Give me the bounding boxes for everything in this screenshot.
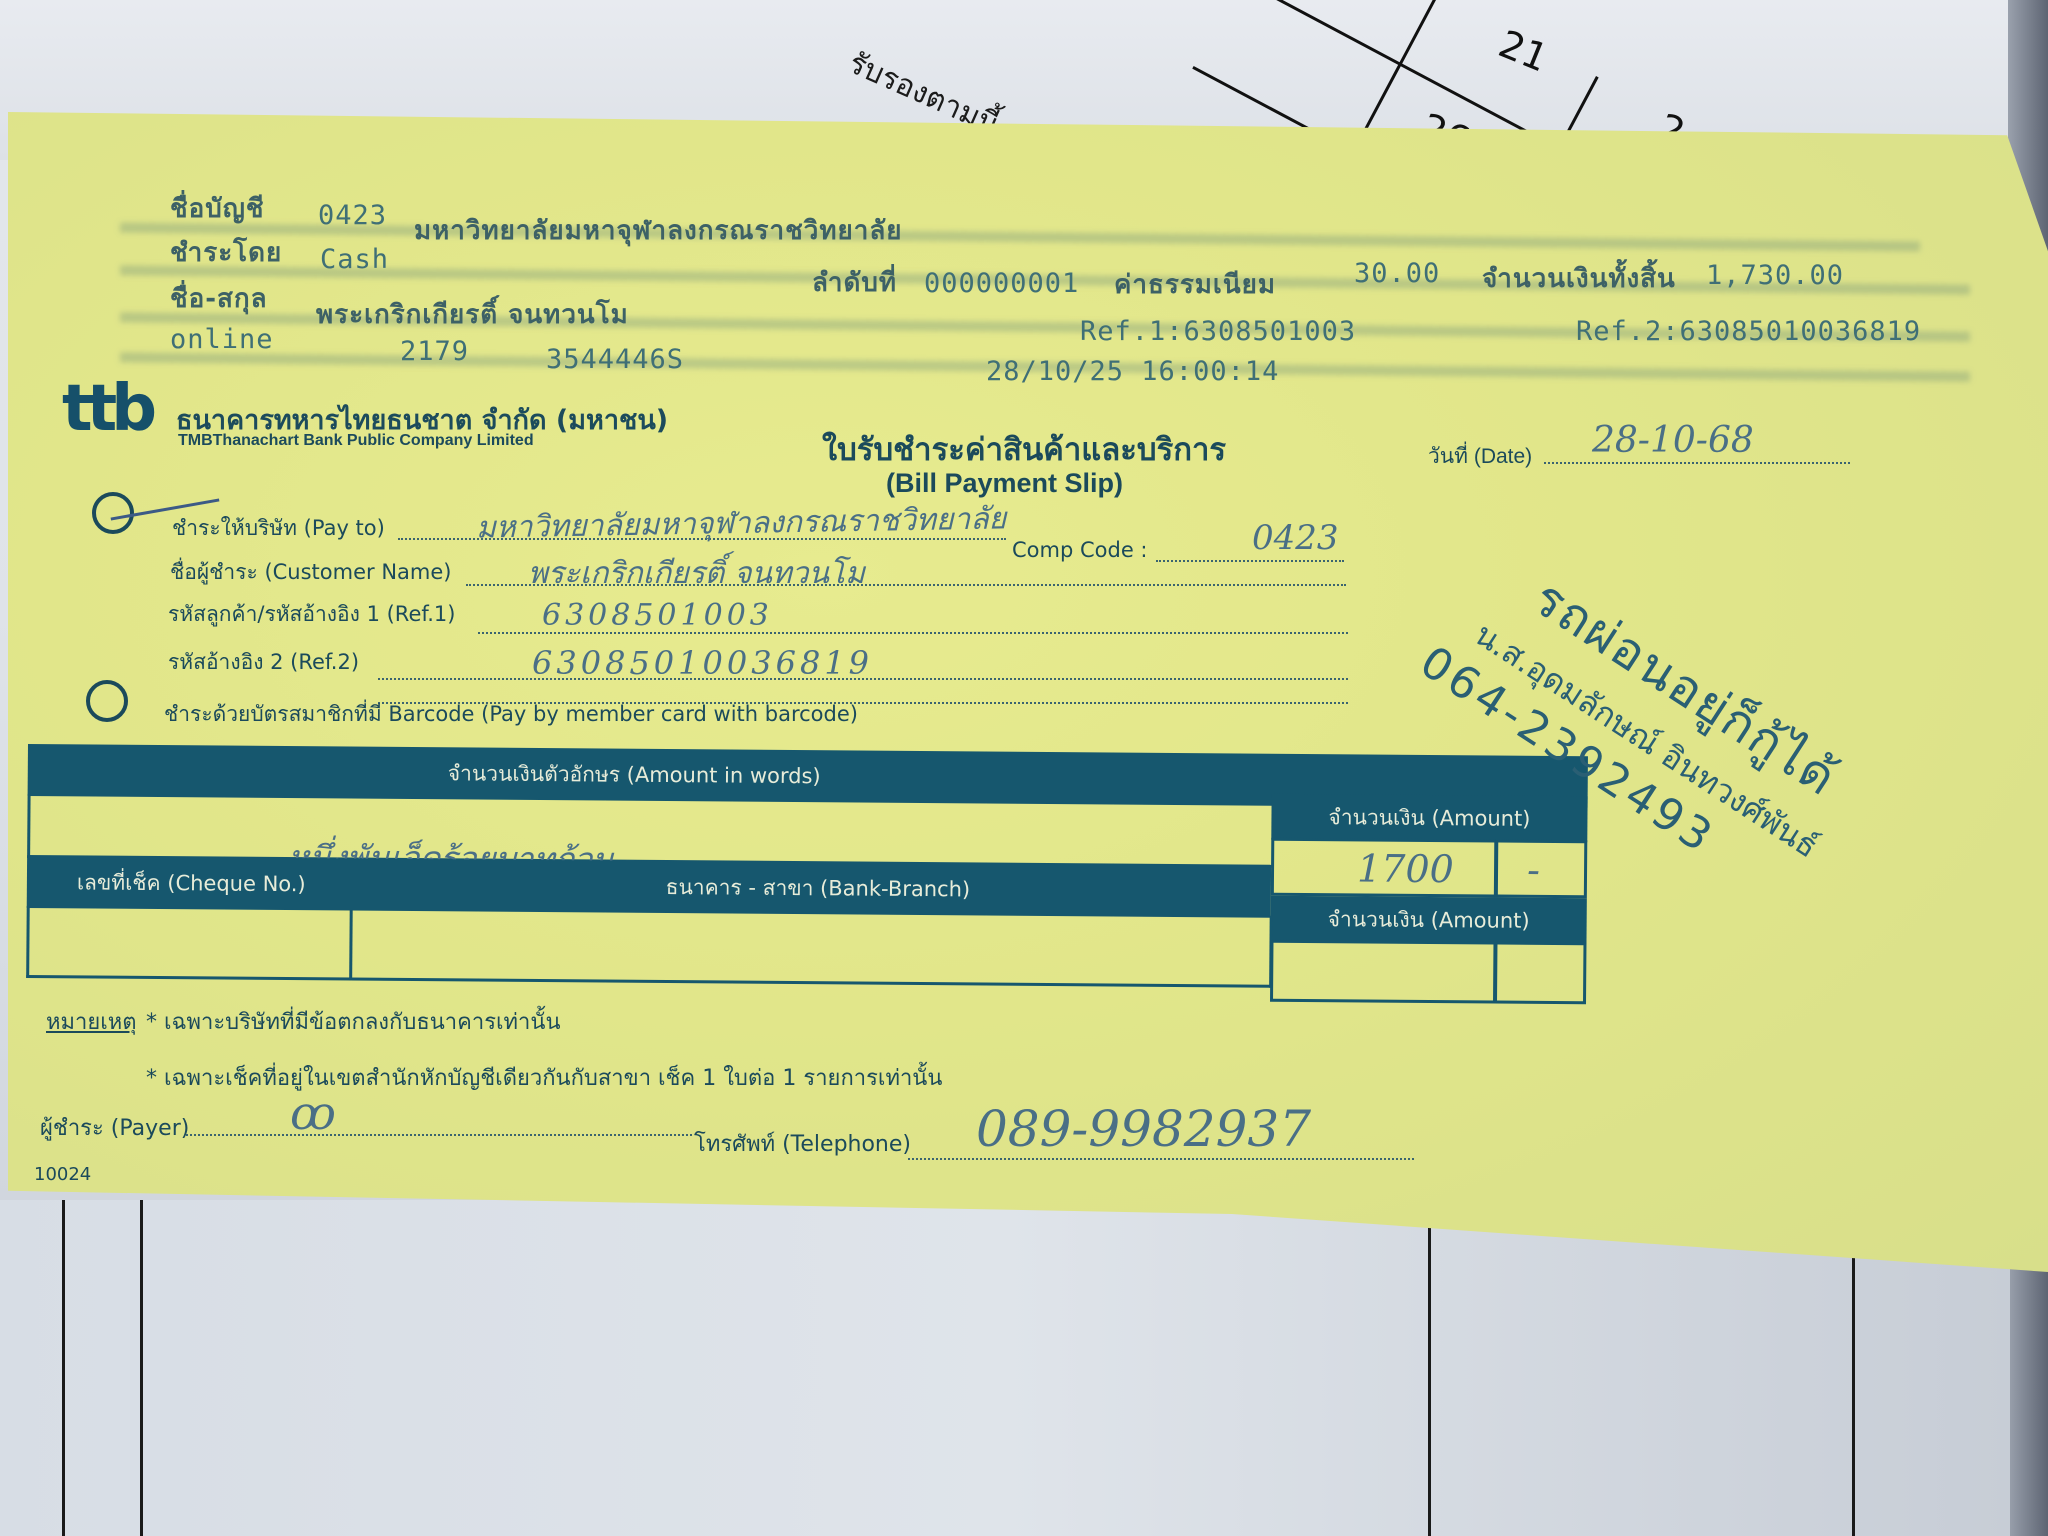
total-label: จำนวนเงินทั้งสิ้น bbox=[1482, 258, 1676, 299]
divider bbox=[140, 1200, 143, 1536]
customer-name-value: พระเกริกเกียรติ์ จนทวนโม bbox=[528, 550, 865, 597]
date-label: วันที่ (Date) bbox=[1428, 440, 1532, 473]
background-paper-bottom bbox=[0, 1200, 2010, 1536]
fee-value: 30.00 bbox=[1354, 258, 1440, 289]
account-name: มหาวิทยาลัยมหาจุฬาลงกรณราชวิทยาลัย bbox=[414, 210, 903, 251]
account-name-label: ชื่อบัญชี bbox=[170, 188, 265, 229]
amount-satang-cell[interactable] bbox=[1495, 840, 1587, 899]
pay-to-value: มหาวิทยาลัยมหาจุฬาลงกรณราชวิทยาลัย bbox=[476, 495, 1007, 551]
amount-header: จำนวนเงิน (Amount) bbox=[1271, 794, 1587, 842]
transaction-datetime: 28/10/25 16:00:14 bbox=[986, 356, 1279, 387]
payer-name: พระเกริกเกียรติ์ จนทวนโม bbox=[316, 294, 629, 335]
telephone-field[interactable] bbox=[908, 1158, 1414, 1160]
pay-to-label: ชำระให้บริษัท (Pay to) bbox=[172, 512, 385, 545]
ref1-value: 6308501003 bbox=[542, 598, 773, 633]
telephone-label: โทรศัพท์ (Telephone) bbox=[694, 1126, 911, 1161]
customer-name-label: ชื่อผู้ชำระ (Customer Name) bbox=[170, 556, 451, 589]
ref2-stamp: Ref.2:63085010036819 bbox=[1576, 316, 1921, 347]
fee-label: ค่าธรรมเนียม bbox=[1114, 264, 1276, 305]
ref1-label: รหัสลูกค้า/รหัสอ้างอิง 1 (Ref.1) bbox=[168, 598, 455, 631]
remark-2: * เฉพาะเช็คที่อยู่ในเขตสำนักหักบัญชีเดีย… bbox=[146, 1060, 942, 1095]
payer-label: ผู้ชำระ (Payer) bbox=[40, 1110, 189, 1145]
remark-label: หมายเหตุ bbox=[46, 1004, 137, 1039]
barcode-radio[interactable] bbox=[86, 680, 128, 722]
bank-name-en: TMBThanachart Bank Public Company Limite… bbox=[178, 432, 534, 450]
divider bbox=[1428, 1200, 1431, 1536]
sequence-number: 000000001 bbox=[924, 268, 1079, 299]
divider bbox=[62, 1200, 65, 1536]
ref2-value: 63085010036819 bbox=[532, 644, 873, 682]
comp-code-label: Comp Code : bbox=[1012, 538, 1148, 562]
channel: online bbox=[170, 324, 274, 355]
amount-header-text: จำนวนเงิน (Amount) bbox=[1328, 801, 1530, 836]
sequence-label: ลำดับที่ bbox=[812, 262, 897, 303]
slip-title-th: ใบรับชำระค่าสินค้าและบริการ bbox=[822, 424, 1226, 474]
cheque-header-text: เลขที่เช็ค (Cheque No.) bbox=[77, 866, 306, 901]
comp-code-field[interactable] bbox=[1156, 560, 1344, 562]
cheque-satang-cell[interactable] bbox=[1494, 942, 1586, 1005]
cheque-no-cell[interactable] bbox=[26, 906, 353, 981]
paid-by: Cash bbox=[320, 244, 389, 275]
slip-title-en: (Bill Payment Slip) bbox=[886, 468, 1123, 499]
barcode-option-label: ชำระด้วยบัตรสมาชิกที่มี Barcode (Pay by … bbox=[164, 698, 858, 731]
telephone-value: 089-9982937 bbox=[976, 1100, 1311, 1158]
comp-code-value: 0423 bbox=[1252, 518, 1339, 558]
bank-branch-cell[interactable] bbox=[350, 909, 1273, 988]
branch-code: 2179 bbox=[400, 336, 469, 367]
total-value: 1,730.00 bbox=[1706, 260, 1844, 291]
amount-table: จำนวนเงินตัวอักษร (Amount in words) จำนว… bbox=[26, 744, 1588, 1024]
amount-satang-value: - bbox=[1527, 848, 1540, 892]
date-field[interactable] bbox=[1544, 462, 1850, 464]
name-label: ชื่อ-สกุล bbox=[170, 278, 268, 319]
amount-header-2: จำนวนเงิน (Amount) bbox=[1270, 896, 1586, 944]
bank-branch-header-text: ธนาคาร - สาขา (Bank-Branch) bbox=[666, 871, 971, 906]
ref2-label: รหัสอ้างอิง 2 (Ref.2) bbox=[168, 646, 359, 679]
amount-value: 1700 bbox=[1357, 846, 1454, 891]
amount-header-2-text: จำนวนเงิน (Amount) bbox=[1328, 903, 1530, 938]
ref1-stamp: Ref.1:6308501003 bbox=[1080, 316, 1356, 347]
date-value: 28-10-68 bbox=[1592, 420, 1754, 461]
remark-1: * เฉพาะบริษัทที่มีข้อตกลงกับธนาคารเท่านั… bbox=[146, 1004, 561, 1039]
payer-signature: ꝏ bbox=[290, 1086, 336, 1140]
payer-signature-field[interactable] bbox=[186, 1134, 692, 1136]
form-code: 10024 bbox=[34, 1164, 91, 1185]
terminal-id: 3544446S bbox=[546, 344, 684, 375]
pay-to-radio[interactable] bbox=[92, 492, 134, 534]
cheque-amount-cell[interactable] bbox=[1270, 940, 1496, 1004]
paid-by-label: ชำระโดย bbox=[170, 232, 282, 273]
amount-words-header-text: จำนวนเงินตัวอักษร (Amount in words) bbox=[448, 757, 821, 793]
account-code: 0423 bbox=[318, 200, 387, 231]
ttb-logo: ttb bbox=[62, 372, 151, 446]
